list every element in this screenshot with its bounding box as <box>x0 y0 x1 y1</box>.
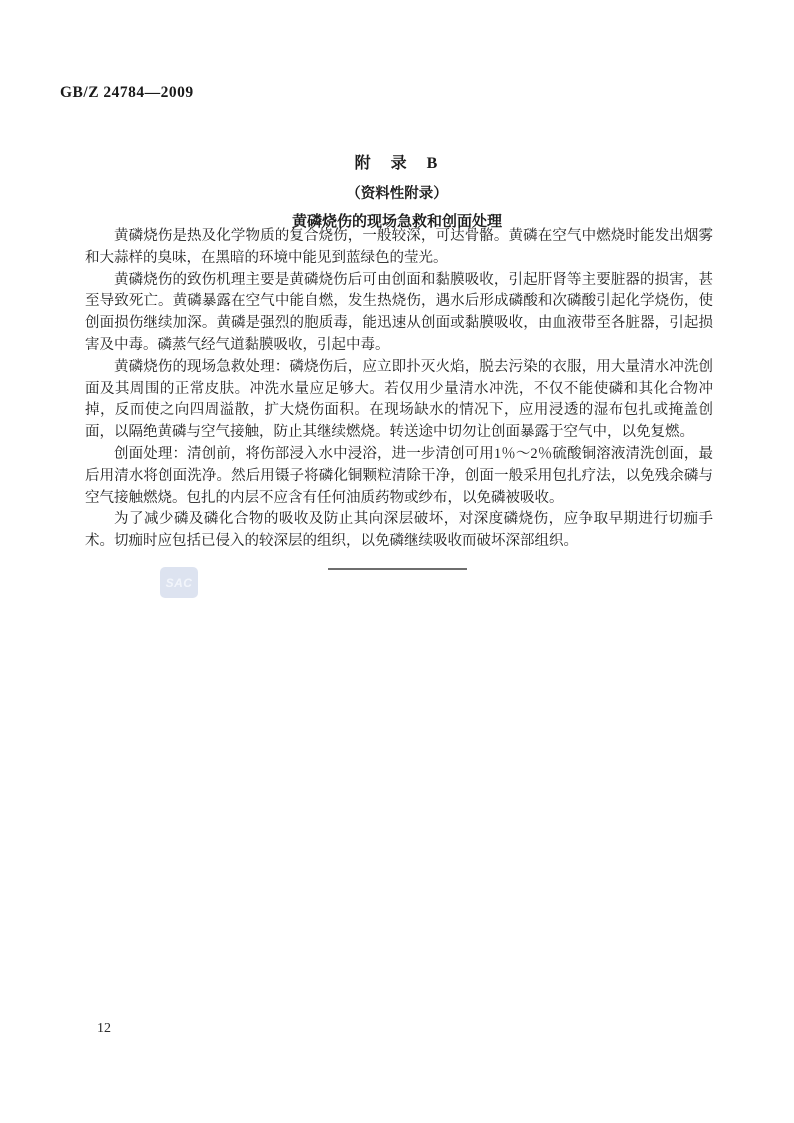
paragraph-5: 为了减少磷及磷化合物的吸收及防止其向深层破坏，对深度磷烧伤，应争取早期进行切痂手… <box>85 509 713 553</box>
appendix-subtitle: （资料性附录） <box>0 182 794 203</box>
end-of-document-rule <box>328 568 467 570</box>
sac-watermark-label: SAC <box>166 576 193 590</box>
appendix-title-block: 附 录 B （资料性附录） 黄磷烧伤的现场急救和创面处理 <box>0 150 794 231</box>
paragraph-1: 黄磷烧伤是热及化学物质的复合烧伤，一般较深，可达骨骼。黄磷在空气中燃烧时能发出烟… <box>85 226 713 270</box>
standard-code-header: GB/Z 24784—2009 <box>60 84 194 102</box>
end-of-document-row: SAC <box>0 560 794 604</box>
paragraph-3: 黄磷烧伤的现场急救处理：磷烧伤后，应立即扑灭火焰，脱去污染的衣服，用大量清水冲洗… <box>85 357 713 444</box>
sac-watermark-logo: SAC <box>160 567 198 598</box>
body-text: 黄磷烧伤是热及化学物质的复合烧伤，一般较深，可达骨骼。黄磷在空气中燃烧时能发出烟… <box>85 226 713 553</box>
page-number: 12 <box>97 1021 111 1037</box>
document-page: GB/Z 24784—2009 附 录 B （资料性附录） 黄磷烧伤的现场急救和… <box>0 0 794 1123</box>
paragraph-4: 创面处理：清创前，将伤部浸入水中浸浴，进一步清创可用1％～2％硫酸铜溶液清洗创面… <box>85 444 713 509</box>
appendix-title: 附 录 B <box>0 150 794 173</box>
paragraph-2: 黄磷烧伤的致伤机理主要是黄磷烧伤后可由创面和黏膜吸收，引起肝肾等主要脏器的损害，… <box>85 270 713 357</box>
